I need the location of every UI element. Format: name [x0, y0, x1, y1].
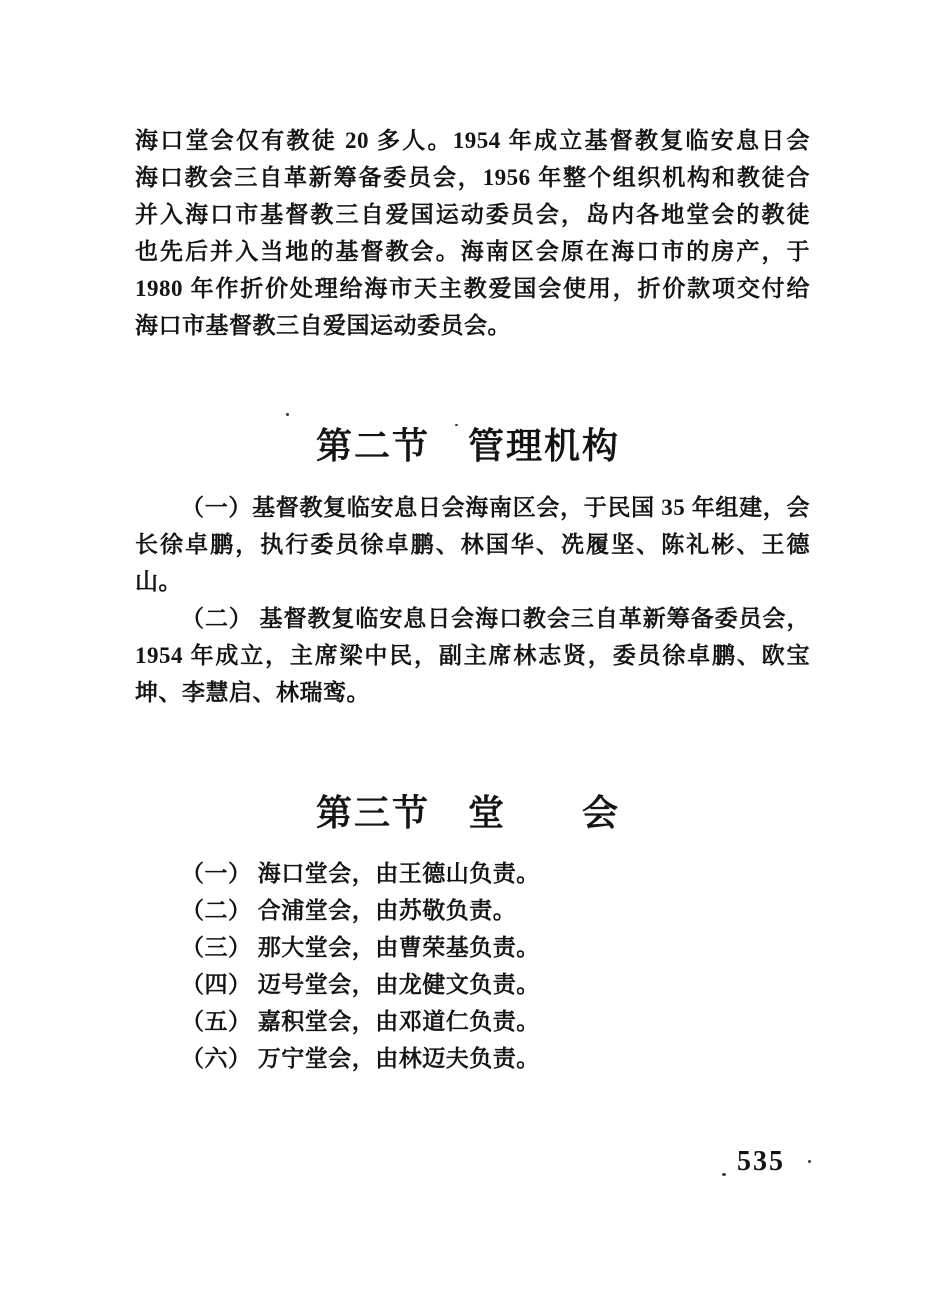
text-line: 坤、李慧启、林瑞鸾。 — [135, 674, 810, 711]
scan-speck — [455, 424, 458, 426]
scan-speck — [286, 413, 289, 416]
text-line: 长徐卓鹏，执行委员徐卓鹏、林国华、冼履坚、陈礼彬、王德 — [135, 526, 810, 563]
scan-speck — [146, 581, 148, 584]
text-line: 海口堂会仅有教徒 20 多人。1954 年成立基督教复临安息日会 — [135, 122, 810, 159]
scanned-book-page: 海口堂会仅有教徒 20 多人。1954 年成立基督教复临安息日会 海口教会三自革… — [0, 0, 936, 1310]
list-item: （六） 万宁堂会，由林迈夫负责。 — [135, 1040, 810, 1077]
text-line: （一）基督教复临安息日会海南区会，于民国 35 年组建，会 — [135, 489, 810, 526]
section-2-body: （一）基督教复临安息日会海南区会，于民国 35 年组建，会 长徐卓鹏，执行委员徐… — [135, 489, 810, 711]
list-item: （一） 海口堂会，由王德山负责。 — [135, 855, 810, 892]
intro-paragraph: 海口堂会仅有教徒 20 多人。1954 年成立基督教复临安息日会 海口教会三自革… — [135, 122, 810, 344]
list-item: （五） 嘉积堂会，由邓道仁负责。 — [135, 1003, 810, 1040]
text-line: 也先后并入当地的基督教会。海南区会原在海口市的房产，于 — [135, 233, 810, 270]
list-item: （二） 合浦堂会，由苏敬负责。 — [135, 892, 810, 929]
scan-speck — [722, 1173, 726, 1176]
list-item: （三） 那大堂会，由曹荣基负责。 — [135, 929, 810, 966]
congregation-list: （一） 海口堂会，由王德山负责。 （二） 合浦堂会，由苏敬负责。 （三） 那大堂… — [135, 855, 810, 1077]
text-line: 海口教会三自革新筹备委员会，1956 年整个组织机构和教徒合 — [135, 159, 810, 196]
page-number: 535 — [737, 1146, 785, 1178]
text-line: 并入海口市基督教三自爱国运动委员会，岛内各地堂会的教徒 — [135, 196, 810, 233]
text-line: （二） 基督教复临安息日会海口教会三自革新筹备委员会， — [135, 600, 810, 637]
scan-speck — [808, 1160, 811, 1163]
text-line: 1980 年作折价处理给海市天主教爱国会使用，折价款项交付给 — [135, 270, 810, 307]
section-2-heading: 第二节 管理机构 — [0, 424, 936, 468]
text-line: 1954 年成立，主席梁中民，副主席林志贤，委员徐卓鹏、欧宝 — [135, 637, 810, 674]
section-3-heading: 第三节 堂 会 — [0, 791, 936, 835]
text-line: 山。 — [135, 563, 810, 600]
text-line: 海口市基督教三自爱国运动委员会。 — [135, 307, 810, 344]
list-item: （四） 迈号堂会，由龙健文负责。 — [135, 966, 810, 1003]
